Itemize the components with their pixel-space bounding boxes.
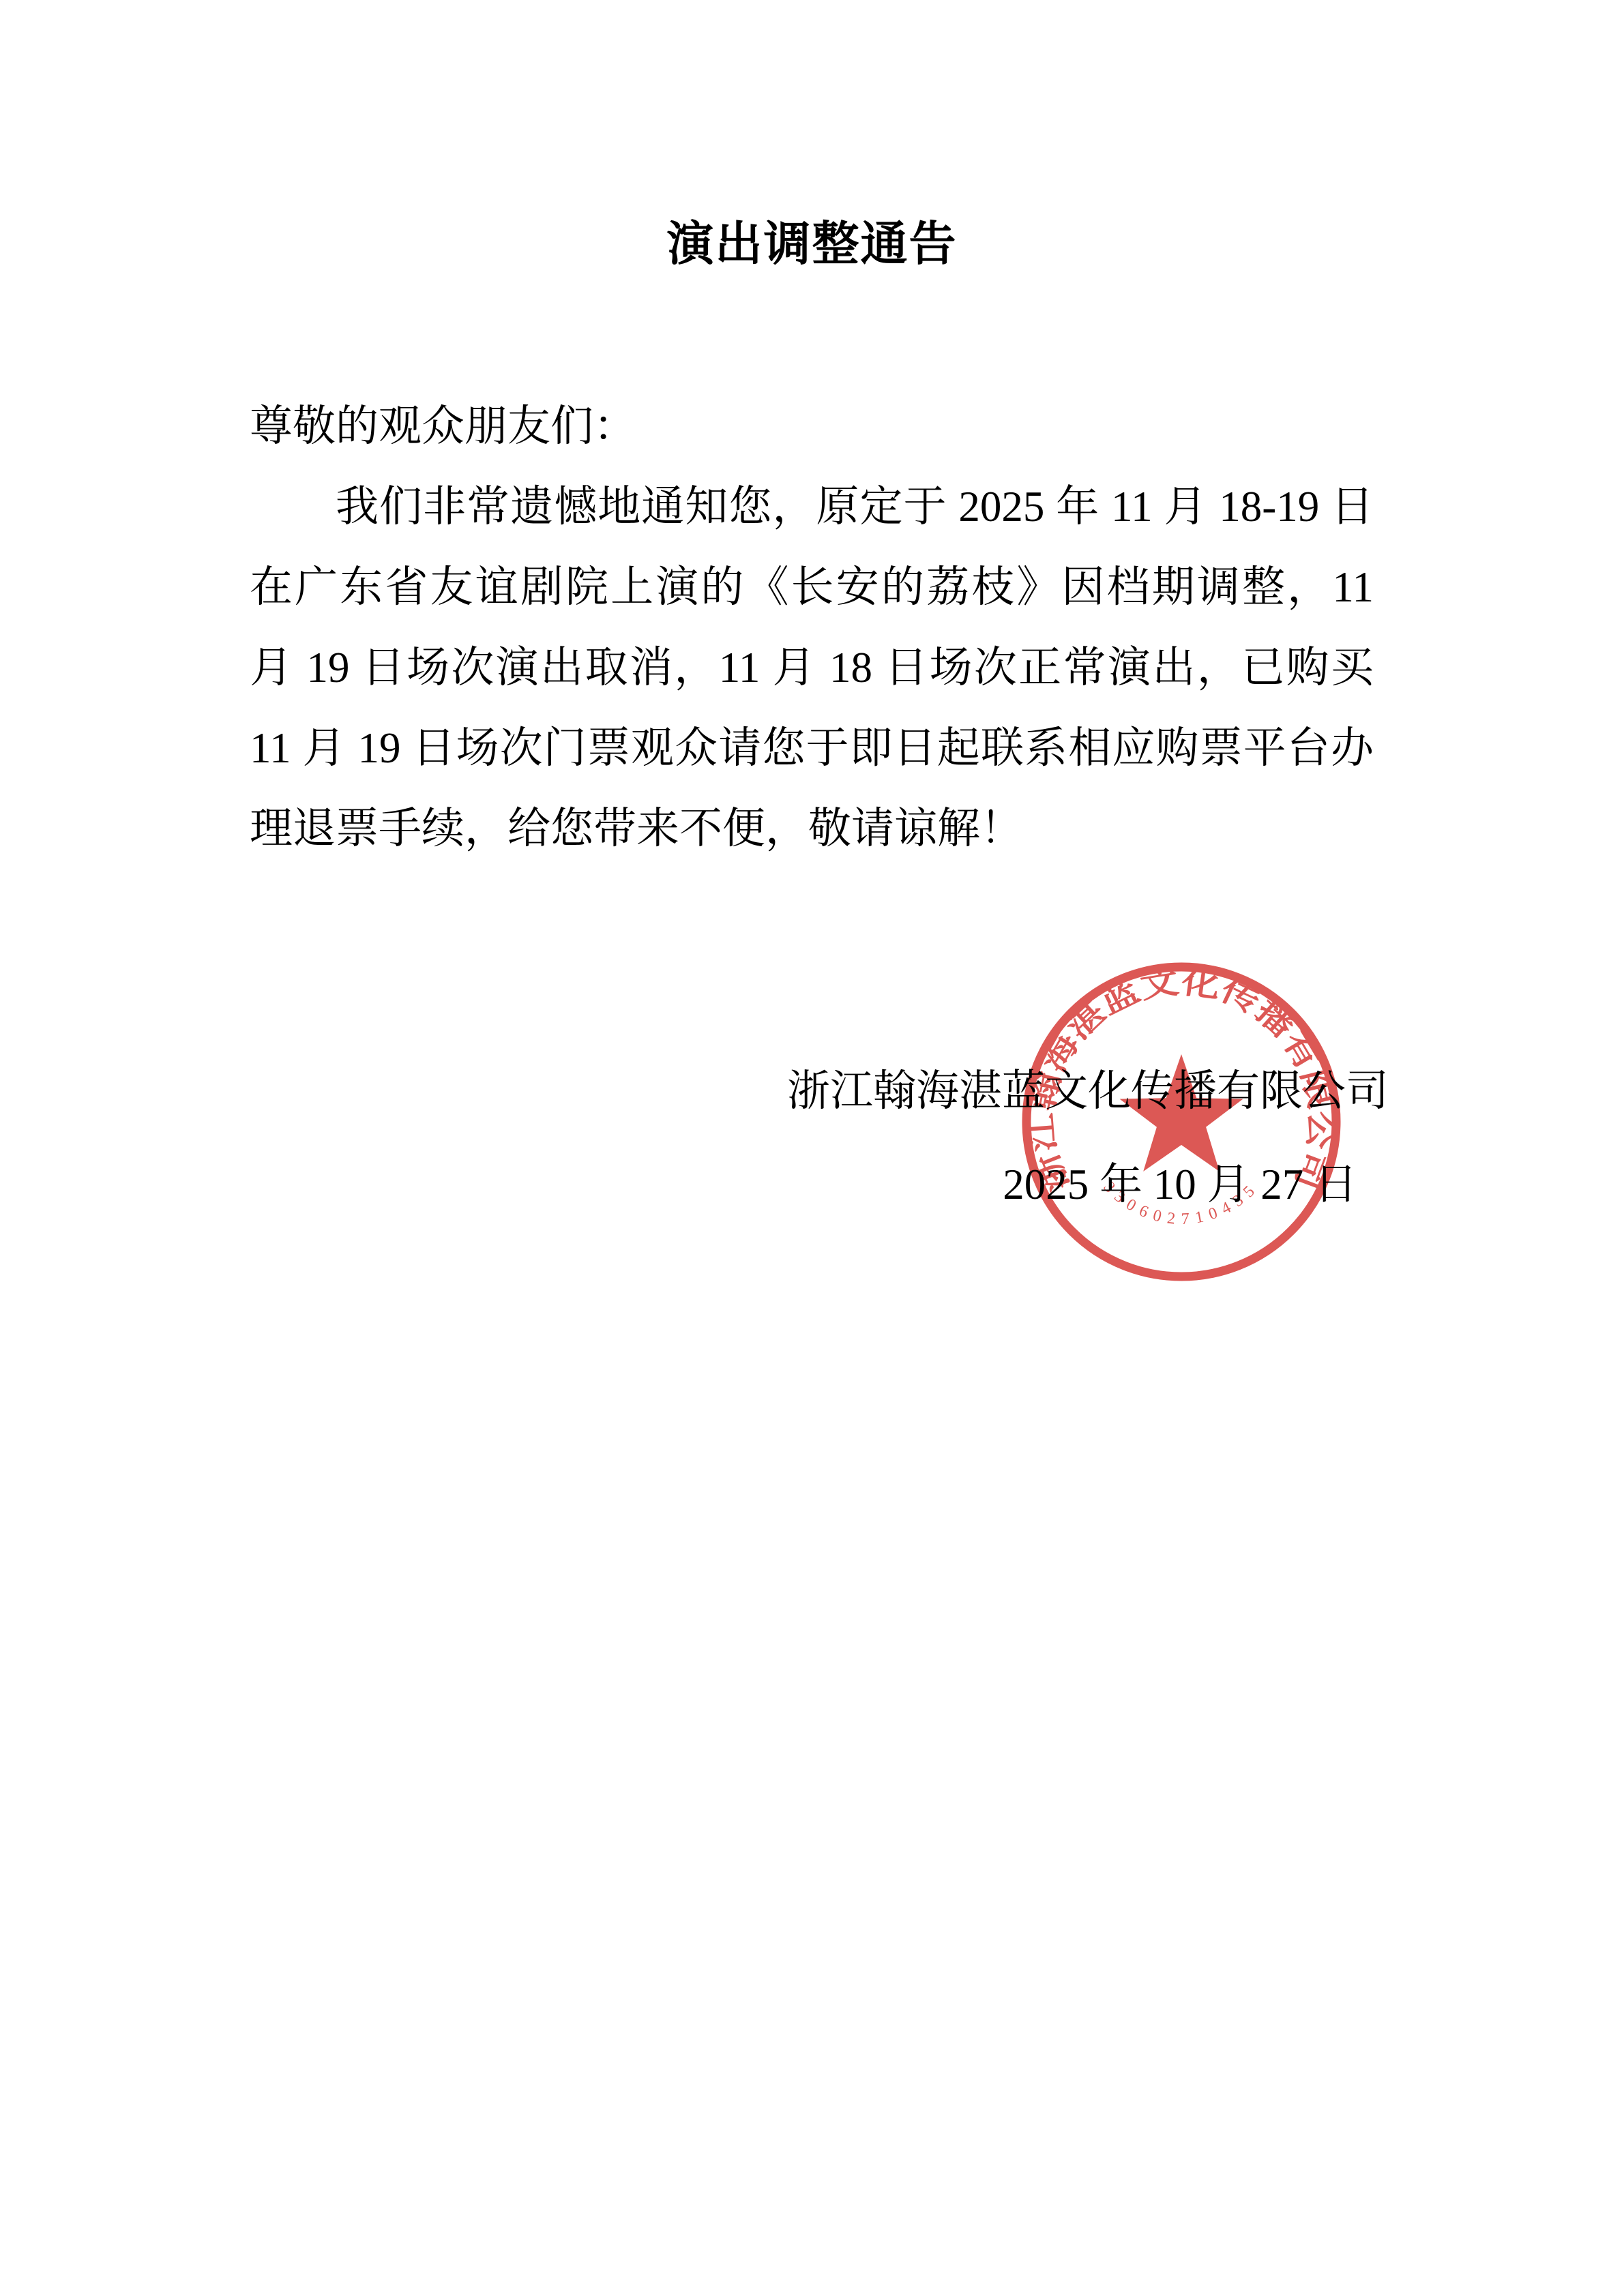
document-body: 尊敬的观众朋友们： 我们非常遗憾地通知您，原定于 2025 年 11 月 18-… bbox=[250, 386, 1374, 869]
notice-document: 演出调整通告 尊敬的观众朋友们： 我们非常遗憾地通知您，原定于 2025 年 1… bbox=[0, 0, 1624, 2296]
salutation: 尊敬的观众朋友们： bbox=[250, 386, 1374, 466]
signature-date: 2025 年 10 月 27 日 bbox=[1003, 1144, 1357, 1225]
body-paragraph: 我们非常遗憾地通知您，原定于 2025 年 11 月 18-19 日在广东省友谊… bbox=[250, 466, 1374, 869]
signature-company: 浙江翰海湛蓝文化传播有限公司 bbox=[787, 1051, 1389, 1131]
page-title: 演出调整通告 bbox=[0, 206, 1624, 273]
